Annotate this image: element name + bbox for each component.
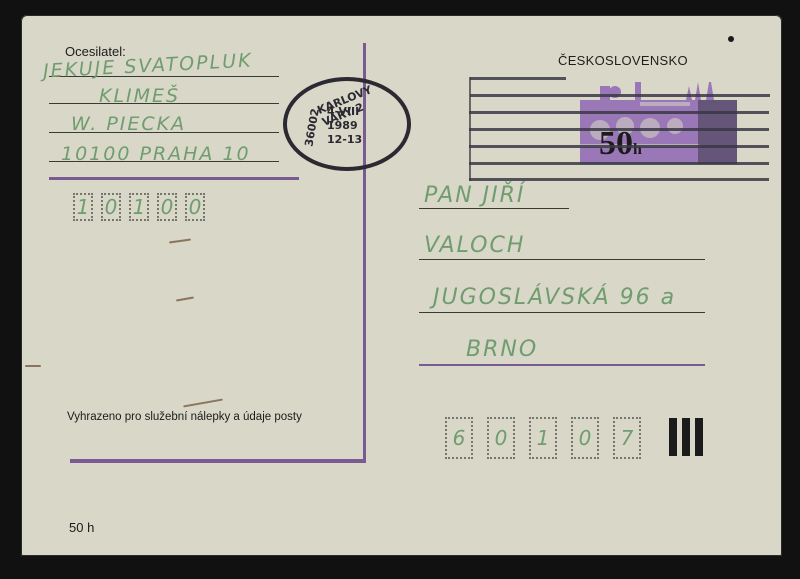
postmark: KARLOVY VARY 2 36002 4-VIII 1989 12-13: [283, 77, 411, 171]
recipient-rule-3: [419, 312, 705, 313]
cancellation-line: [469, 178, 769, 181]
cancellation-line: [470, 77, 566, 80]
stamp-country: ČESKOSLOVENSKO: [558, 53, 688, 68]
stain-mark: [25, 365, 41, 367]
cancellation-edge: [469, 77, 471, 181]
recipient-city-line: BRNO: [466, 337, 538, 362]
cancellation-line: [469, 145, 769, 148]
zip-digit: 0: [571, 417, 599, 459]
cancellation-line: [470, 94, 770, 97]
postmark-year: 1989: [327, 119, 358, 132]
zip-digit: 0: [185, 193, 205, 221]
recipient-name-line: PAN JIŘÍ: [424, 183, 525, 208]
postmark-code: 36002: [302, 108, 321, 148]
zip-digit: 6: [445, 417, 473, 459]
recipient-rule-2: [419, 259, 705, 260]
sender-city-line: 10100 PRAHA 10: [61, 143, 251, 165]
stain-mark: [176, 296, 194, 301]
postmark-time: 12-13: [327, 133, 362, 146]
cancellation-line: [469, 162, 769, 165]
stain-mark: [183, 399, 223, 408]
cancellation-line: [469, 111, 769, 114]
sender-postal-code: 1 0 1 0 0: [73, 193, 211, 221]
cancellation-line: [469, 128, 769, 131]
recipient-street-line: JUGOSLÁVSKÁ 96 a: [433, 285, 676, 310]
postcard: Ocesilatel: JEKUJE SVATOPLUK KLIMEŠ W. P…: [21, 15, 782, 556]
barcode-bar: [682, 418, 690, 456]
recipient-surname-line: VALOCH: [424, 233, 525, 258]
stain-mark: [169, 238, 191, 243]
zip-digit: 1: [73, 193, 93, 221]
zip-digit: 0: [487, 417, 515, 459]
zip-digit: 1: [129, 193, 149, 221]
barcode-marker: [669, 418, 703, 456]
zip-digit: 1: [529, 417, 557, 459]
reserved-area-text: Vyhrazeno pro služební nálepky a údaje p…: [67, 411, 302, 423]
card-price: 50 h: [69, 520, 94, 535]
zip-digit: 0: [101, 193, 121, 221]
reserved-area-bottom-line: [70, 459, 366, 463]
corner-dot: [728, 36, 734, 42]
postmark-date: 4-VIII: [327, 105, 359, 118]
recipient-postal-code: 6 0 1 0 7: [445, 417, 653, 459]
recipient-rule-1: [419, 208, 569, 209]
recipient-divider: [419, 364, 705, 366]
zip-digit: 0: [157, 193, 177, 221]
zip-digit: 7: [613, 417, 641, 459]
sender-street-line: W. PIECKA: [71, 113, 186, 135]
barcode-bar: [695, 418, 703, 456]
barcode-bar: [669, 418, 677, 456]
sender-surname-line: KLIMEŠ: [99, 85, 180, 107]
sender-divider: [49, 177, 299, 180]
stamp-value-unit: h: [633, 141, 642, 158]
